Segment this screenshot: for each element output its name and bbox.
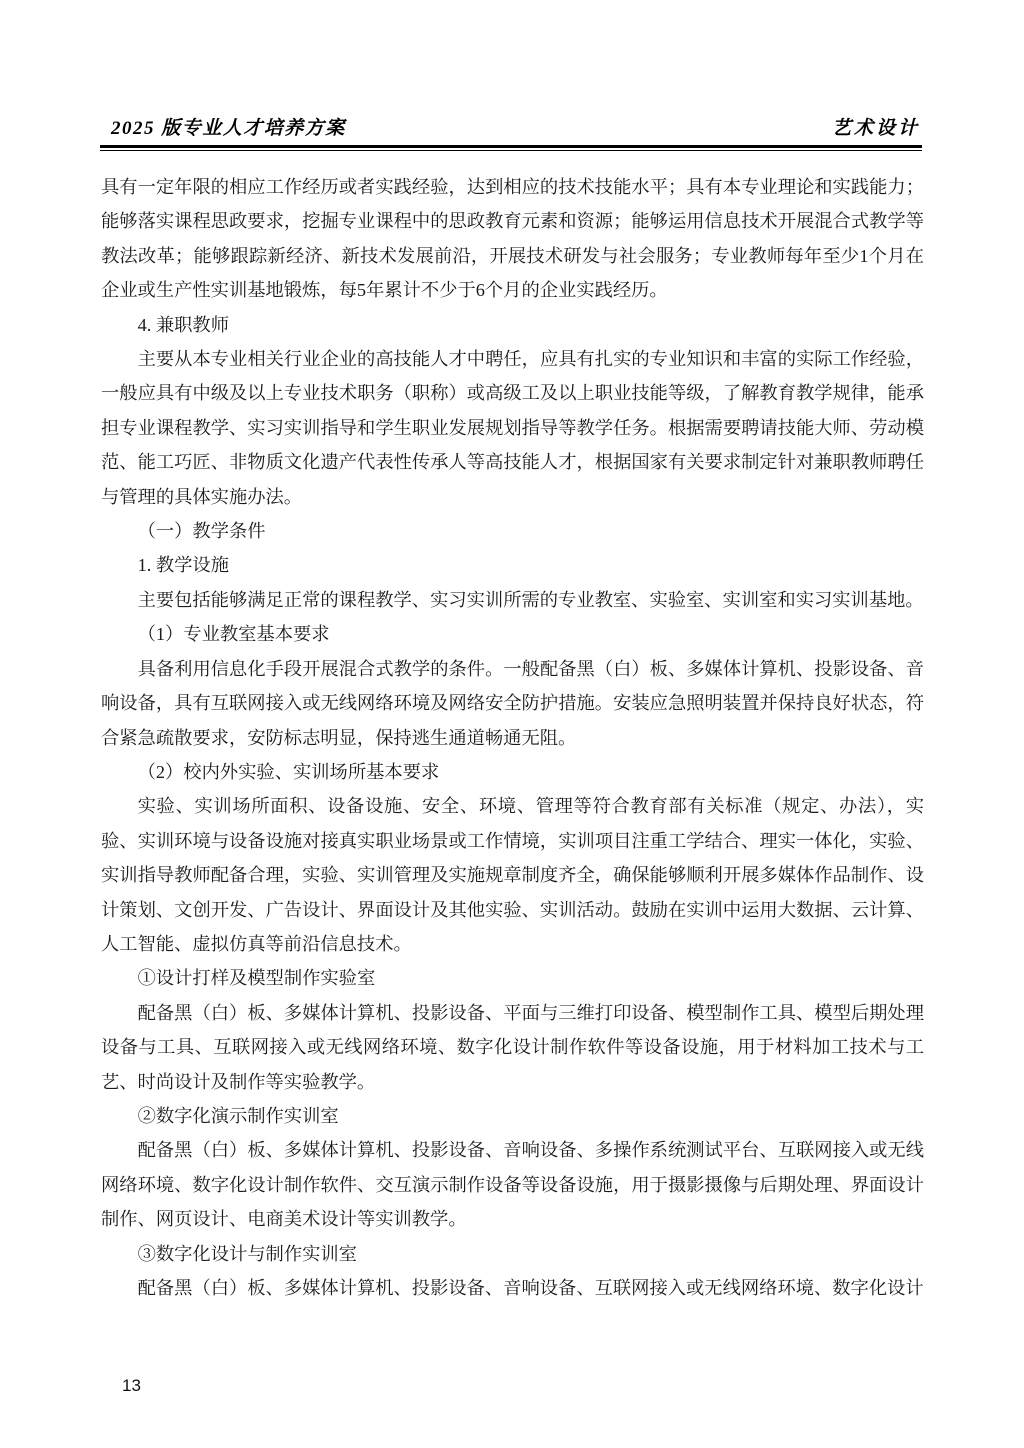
header-left-title: 2025 版专业人才培养方案 <box>111 116 346 142</box>
paragraph-parttime-teacher-requirements: 主要从本专业相关行业企业的高技能人才中聘任，应具有扎实的专业知识和丰富的实际工作… <box>101 342 924 514</box>
paragraph-fulltime-teacher-requirements: 具有一定年限的相应工作经历或者实践经验，达到相应的技术技能水平；具有本专业理论和… <box>101 170 924 308</box>
page-number: 13 <box>122 1376 141 1396</box>
document-page: 2025 版专业人才培养方案 艺术设计 具有一定年限的相应工作经历或者实践经验，… <box>0 0 1024 1448</box>
heading-lab-1-design-prototyping: ①设计打样及模型制作实验室 <box>101 961 924 995</box>
header-right-title: 艺术设计 <box>832 116 920 142</box>
heading-lab-training-site-requirements: （2）校内外实验、实训场所基本要求 <box>101 755 924 789</box>
paragraph-lab-3-equipment: 配备黑（白）板、多媒体计算机、投影设备、音响设备、互联网接入或无线网络环境、数字… <box>101 1271 924 1305</box>
heading-parttime-teachers: 4. 兼职教师 <box>101 308 924 342</box>
paragraph-facilities-overview: 主要包括能够满足正常的课程教学、实习实训所需的专业教室、实验室、实训室和实习实训… <box>101 583 924 617</box>
page-header: 2025 版专业人才培养方案 艺术设计 <box>100 116 922 151</box>
heading-teaching-conditions: （一）教学条件 <box>101 514 924 548</box>
heading-classroom-basic-requirements: （1）专业教室基本要求 <box>101 617 924 651</box>
paragraph-lab-training-site-requirements: 实验、实训场所面积、设备设施、安全、环境、管理等符合教育部有关标准（规定、办法）… <box>101 789 924 961</box>
paragraph-lab-1-equipment: 配备黑（白）板、多媒体计算机、投影设备、平面与三维打印设备、模型制作工具、模型后… <box>101 996 924 1099</box>
document-body: 具有一定年限的相应工作经历或者实践经验，达到相应的技术技能水平；具有本专业理论和… <box>101 170 924 1305</box>
paragraph-lab-2-equipment: 配备黑（白）板、多媒体计算机、投影设备、音响设备、多操作系统测试平台、互联网接入… <box>101 1133 924 1236</box>
paragraph-classroom-requirements: 具备利用信息化手段开展混合式教学的条件。一般配备黑（白）板、多媒体计算机、投影设… <box>101 652 924 755</box>
header-titles-row: 2025 版专业人才培养方案 艺术设计 <box>100 116 922 145</box>
heading-lab-2-digital-demo: ②数字化演示制作实训室 <box>101 1099 924 1133</box>
header-divider-rule <box>100 145 922 151</box>
heading-teaching-facilities: 1. 教学设施 <box>101 548 924 582</box>
heading-lab-3-digital-design: ③数字化设计与制作实训室 <box>101 1237 924 1271</box>
